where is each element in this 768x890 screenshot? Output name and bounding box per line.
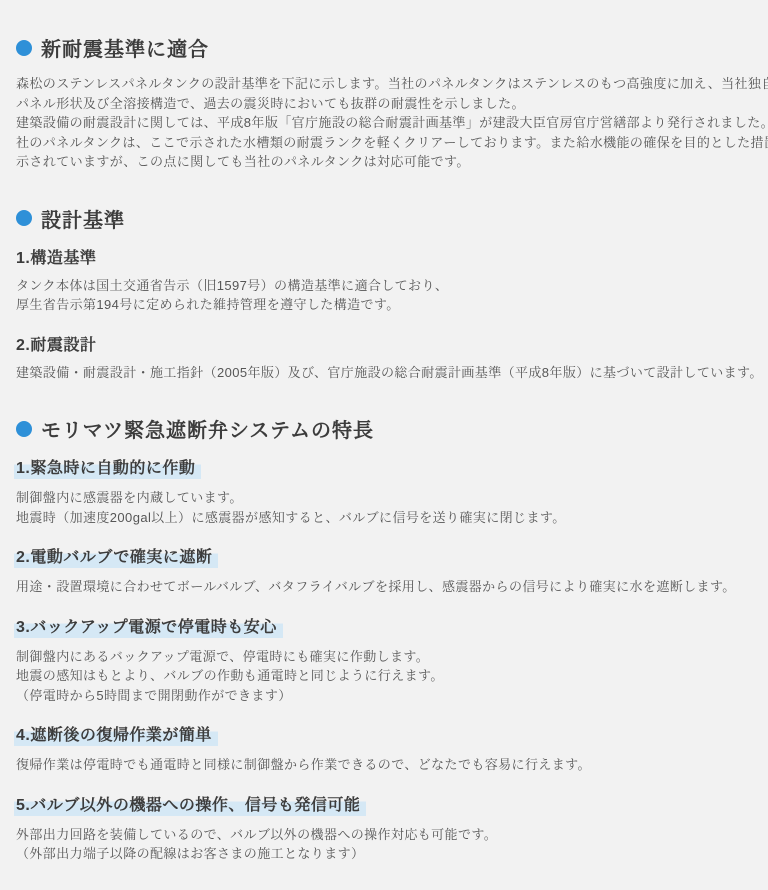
subsection-structure-standard: 1.構造基準 タンク本体は国土交通省告示（旧1597号）の構造基準に適合しており… [16, 245, 752, 315]
subsection-paragraph: タンク本体は国土交通省告示（旧1597号）の構造基準に適合しており、厚生省告示第… [16, 276, 752, 315]
subsection-title: 3.バックアップ電源で停電時も安心 [16, 614, 752, 637]
text-line: 森松のステンレスパネルタンクの設計基準を下記に示します。当社のパネルタンクはステ… [16, 74, 752, 94]
text-line: パネル形状及び全溶接構造で、過去の震災時においても抜群の耐震性を示しました。 [16, 94, 752, 114]
subsection-title-text: 2.電動バルブで確実に遮断 [14, 549, 218, 568]
subsection-electric-valve: 2.電動バルブで確実に遮断 用途・設置環境に合わせてボールバルブ、バタフライバル… [16, 544, 752, 597]
section-heading: モリマツ緊急遮断弁システムの特長 [16, 414, 752, 443]
subsection-paragraph: 制御盤内に感震器を内蔵しています。地震時（加速度200gal以上）に感震器が感知… [16, 488, 752, 527]
section-design-standard: 設計基準 1.構造基準 タンク本体は国土交通省告示（旧1597号）の構造基準に適… [16, 204, 752, 383]
text-line: 厚生省告示第194号に定められた維持管理を遵守した構造です。 [16, 295, 752, 315]
text-line: 復帰作業は停電時でも通電時と同様に制御盤から作業できるので、どなたでも容易に行え… [16, 755, 752, 775]
section-heading-text: 設計基準 [41, 204, 125, 233]
text-line: 社のパネルタンクは、ここで示された水槽類の耐震ランクを軽くクリアーしております。… [16, 133, 752, 153]
section-heading: 設計基準 [16, 204, 752, 233]
subsection-title: 4.遮断後の復帰作業が簡単 [16, 722, 752, 745]
subsection-title: 2.耐震設計 [16, 332, 752, 355]
section-heading: 新耐震基準に適合 [16, 33, 752, 62]
text-line: （停電時から5時間まで開閉動作ができます） [16, 686, 752, 706]
section-heading-text: モリマツ緊急遮断弁システムの特長 [41, 414, 374, 443]
subsection-title: 5.バルブ以外の機器への操作、信号も発信可能 [16, 792, 752, 815]
text-line: 建築設備・耐震設計・施工指針（2005年版）及び、官庁施設の総合耐震計画基準（平… [16, 363, 752, 383]
subsection-seismic-design: 2.耐震設計 建築設備・耐震設計・施工指針（2005年版）及び、官庁施設の総合耐… [16, 332, 752, 383]
subsection-backup-power: 3.バックアップ電源で停電時も安心 制御盤内にあるバックアップ電源で、停電時にも… [16, 614, 752, 706]
text-line: 示されていますが、この点に関しても当社のパネルタンクは対応可能です。 [16, 152, 752, 172]
subsection-paragraph: 建築設備・耐震設計・施工指針（2005年版）及び、官庁施設の総合耐震計画基準（平… [16, 363, 752, 383]
subsection-automatic-operation: 1.緊急時に自動的に作動 制御盤内に感震器を内蔵しています。地震時（加速度200… [16, 455, 752, 527]
subsection-title: 1.構造基準 [16, 245, 752, 268]
subsection-title-text: 2.耐震設計 [16, 337, 96, 354]
subsection-title-text: 3.バックアップ電源で停電時も安心 [14, 619, 283, 638]
subsection-title-text: 5.バルブ以外の機器への操作、信号も発信可能 [14, 797, 366, 816]
text-line: 制御盤内に感震器を内蔵しています。 [16, 488, 752, 508]
subsection-paragraph: 制御盤内にあるバックアップ電源で、停電時にも確実に作動します。地震の感知はもとよ… [16, 647, 752, 706]
subsection-external-signal: 5.バルブ以外の機器への操作、信号も発信可能 外部出力回路を装備しているので、バ… [16, 792, 752, 864]
content-page: 新耐震基準に適合 森松のステンレスパネルタンクの設計基準を下記に示します。当社の… [0, 0, 768, 890]
text-line: 地震の感知はもとより、バルブの作動も通電時と同じように行えます。 [16, 666, 752, 686]
subsection-easy-restoration: 4.遮断後の復帰作業が簡単 復帰作業は停電時でも通電時と同様に制御盤から作業でき… [16, 722, 752, 775]
subsection-title: 2.電動バルブで確実に遮断 [16, 544, 752, 567]
subsection-paragraph: 外部出力回路を装備しているので、バルブ以外の機器への操作対応も可能です。（外部出… [16, 825, 752, 864]
subsection-title-text: 1.緊急時に自動的に作動 [14, 460, 201, 479]
subsection-title-text: 4.遮断後の復帰作業が簡単 [14, 727, 218, 746]
text-line: 建築設備の耐震設計に関しては、平成8年版「官庁施設の総合耐震計画基準」が建設大臣… [16, 113, 752, 133]
section-new-seismic-standard: 新耐震基準に適合 森松のステンレスパネルタンクの設計基準を下記に示します。当社の… [16, 33, 752, 172]
text-line: 地震時（加速度200gal以上）に感震器が感知すると、バルブに信号を送り確実に閉… [16, 508, 752, 528]
circle-bullet-icon [16, 210, 32, 226]
circle-bullet-icon [16, 40, 32, 56]
subsection-title-text: 1.構造基準 [16, 250, 96, 267]
subsection-paragraph: 用途・設置環境に合わせてボールバルブ、バタフライバルブを採用し、感震器からの信号… [16, 577, 752, 597]
section-emergency-shutoff-features: モリマツ緊急遮断弁システムの特長 1.緊急時に自動的に作動 制御盤内に感震器を内… [16, 414, 752, 864]
section-heading-text: 新耐震基準に適合 [41, 33, 209, 62]
text-line: 外部出力回路を装備しているので、バルブ以外の機器への操作対応も可能です。 [16, 825, 752, 845]
text-line: 用途・設置環境に合わせてボールバルブ、バタフライバルブを採用し、感震器からの信号… [16, 577, 752, 597]
subsection-paragraph: 復帰作業は停電時でも通電時と同様に制御盤から作業できるので、どなたでも容易に行え… [16, 755, 752, 775]
subsection-title: 1.緊急時に自動的に作動 [16, 455, 752, 478]
text-line: タンク本体は国土交通省告示（旧1597号）の構造基準に適合しており、 [16, 276, 752, 296]
circle-bullet-icon [16, 421, 32, 437]
section-paragraph: 森松のステンレスパネルタンクの設計基準を下記に示します。当社のパネルタンクはステ… [16, 74, 752, 172]
text-line: （外部出力端子以降の配線はお客さまの施工となります） [16, 844, 752, 864]
text-line: 制御盤内にあるバックアップ電源で、停電時にも確実に作動します。 [16, 647, 752, 667]
